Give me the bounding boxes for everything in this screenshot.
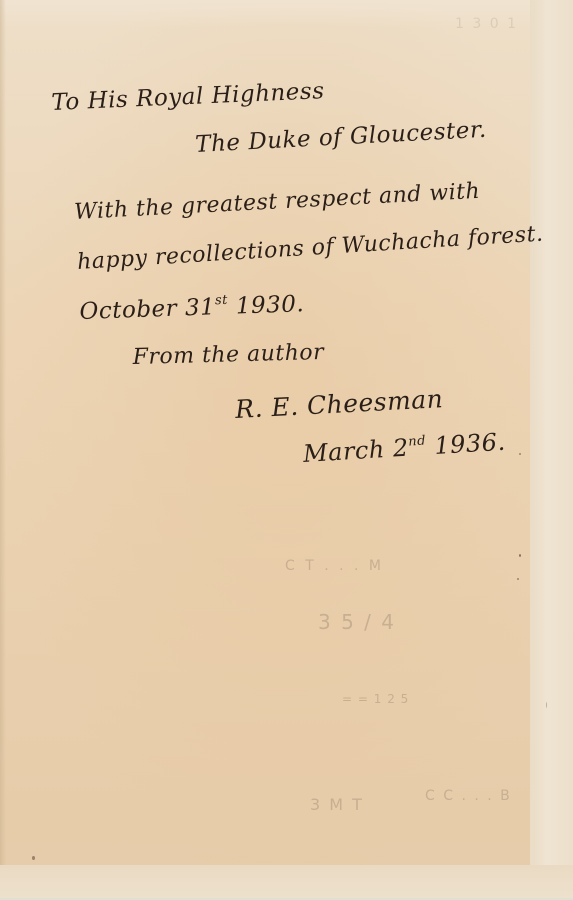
page-right-margin-band	[530, 0, 573, 900]
ink-speck	[32, 856, 35, 860]
page-bottom-margin-band	[0, 865, 573, 900]
second-date-month-day: March 2	[302, 434, 409, 468]
second-date-year: 1936.	[425, 428, 506, 461]
first-date-ordinal: st	[215, 293, 228, 308]
first-date-year: 1930.	[228, 291, 305, 320]
inscription-line-from-author: From the author	[132, 340, 324, 370]
inscription-line-recollection: happy recollections of Wuchacha forest.	[76, 222, 544, 275]
inscription-line-recipient-name: The Duke of Gloucester.	[195, 117, 488, 158]
inscription-first-date: October 31st 1930.	[79, 290, 305, 325]
pencil-mark-4: 3 M T	[310, 795, 364, 814]
author-signature: R. E. Cheesman	[234, 384, 443, 424]
ink-speck	[517, 578, 519, 580]
ink-speck	[519, 453, 521, 455]
pencil-mark-3: = = 1 2 5	[342, 692, 409, 706]
inscription-second-date: March 2nd 1936.	[302, 428, 506, 468]
inscription-line-dedication: With the greatest respect and with	[74, 179, 481, 225]
second-date-ordinal: nd	[408, 434, 427, 450]
inscription-line-recipient-title: To His Royal Highness	[51, 78, 325, 116]
pencil-mark-1: C T . . . M	[285, 558, 384, 574]
first-date-month-day: October 31	[79, 294, 216, 325]
pencil-mark-2: 3 5 / 4	[318, 610, 396, 634]
ink-speck	[519, 554, 521, 556]
pencil-tick	[546, 702, 547, 708]
pencil-mark-top-right: 1 3 0 1	[455, 16, 518, 32]
page-left-edge	[0, 0, 6, 900]
book-flyleaf-page: 1 3 0 1 To His Royal Highness The Duke o…	[0, 0, 573, 900]
pencil-mark-5: C C . . . B	[425, 788, 512, 804]
